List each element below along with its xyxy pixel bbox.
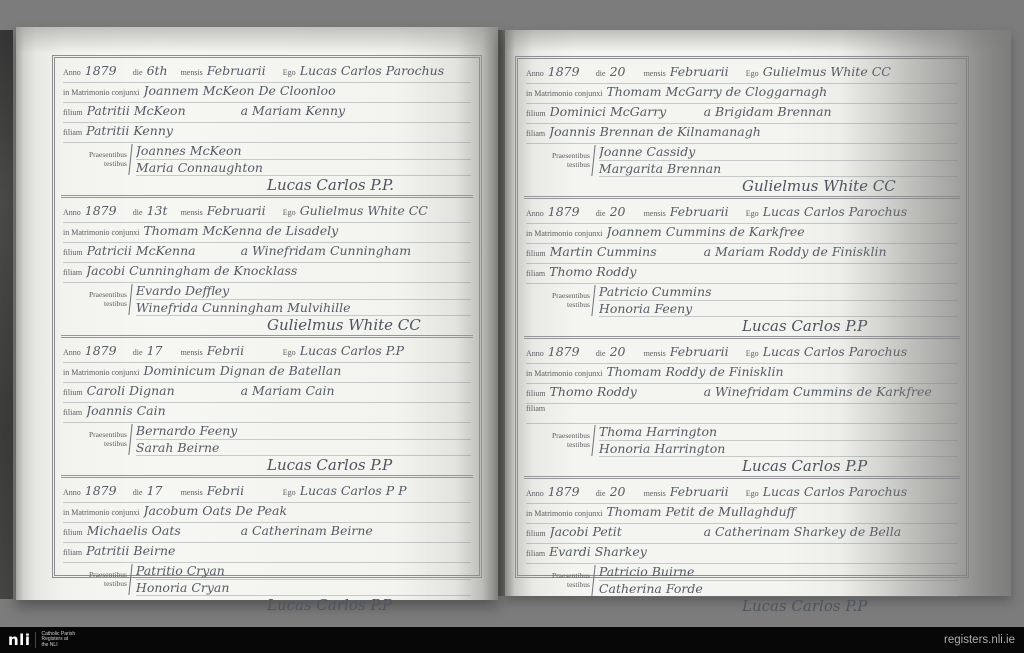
- mensis-value: Februarii: [207, 63, 279, 78]
- witness-2: Honoria Feeny: [599, 301, 958, 318]
- filiam-value: Evardi Sharkey: [549, 544, 958, 559]
- signature-line: Lucas Carlos P.P: [526, 597, 958, 615]
- filium-label: filium: [63, 108, 83, 117]
- priest-signature: Gulielmus White CC: [742, 177, 896, 195]
- filiam-label: filiam: [63, 268, 82, 277]
- witness-2: Honoria Cryan: [136, 580, 471, 597]
- anno-label: Anno: [63, 348, 81, 357]
- priest-signature: Lucas Carlos P.P: [742, 597, 867, 615]
- ego-value: Gulielmus White CC: [763, 64, 958, 79]
- filiam-line: filiam Thomo Roddy: [526, 264, 958, 284]
- witness-2: Honoria Harrington: [599, 441, 958, 458]
- witness-2: Margarita Brennan: [599, 161, 958, 178]
- testibus-label: Praesentibus testibus: [89, 423, 130, 456]
- signature-line: Lucas Carlos P.P: [526, 317, 958, 335]
- die-label: die: [133, 208, 143, 217]
- die-label: die: [133, 68, 143, 77]
- anno-label: Anno: [526, 349, 544, 358]
- anno-value: 1879: [85, 203, 129, 218]
- witness-2: Maria Connaughton: [136, 160, 471, 177]
- filiam-line: filiam Jacobi Cunningham de Knocklass: [63, 263, 471, 283]
- signature-line: Lucas Carlos P.P.: [63, 176, 471, 194]
- conjunxi-line: in Matrimonio conjunxi Jacobum Oats De P…: [63, 503, 471, 523]
- anno-value: 1879: [548, 204, 592, 219]
- testibus-label-2: testibus: [567, 441, 590, 450]
- nli-logo: nli Catholic Parish Registers at the NLI: [0, 632, 75, 649]
- filium-value: Michaelis Oats: [87, 523, 237, 538]
- die-value: 17: [147, 483, 177, 498]
- filiam-value: Thomo Roddy: [549, 264, 958, 279]
- filium-value: Jacobi Petit: [550, 524, 700, 539]
- conjunxi-line: in Matrimonio conjunxi Thomam Roddy de F…: [526, 364, 958, 384]
- conjunxi-line: in Matrimonio conjunxi Joannem Cummins d…: [526, 224, 958, 244]
- date-line: Anno 1879 die 20 mensis Februarii Ego Gu…: [526, 64, 958, 84]
- filium-line: filium Michaelis Oats a Catherinam Beirn…: [63, 523, 471, 543]
- nli-logo-glyph: nli: [8, 633, 30, 648]
- witnesses-block: Praesentibus testibus Joannes McKeon Mar…: [89, 143, 471, 176]
- filium-line: filium Martin Cummins a Mariam Roddy de …: [526, 244, 958, 264]
- ego-label: Ego: [283, 488, 296, 497]
- register-record: Anno 1879 die 20 mensis Februarii Ego Gu…: [524, 59, 960, 196]
- priest-signature: Lucas Carlos P.P.: [267, 176, 394, 194]
- anno-value: 1879: [85, 483, 129, 498]
- filiam-label: filiam: [63, 408, 82, 417]
- register-record: Anno 1879 die 20 mensis Februarii Ego Lu…: [524, 336, 960, 476]
- ego-value: Lucas Carlos Parochus: [300, 63, 471, 78]
- bride-value: a Catherinam Beirne: [241, 523, 471, 538]
- bride-value: a Brigidam Brennan: [704, 104, 958, 119]
- conjunxi-line: in Matrimonio conjunxi Dominicum Dignan …: [63, 363, 471, 383]
- priest-signature: Lucas Carlos P.P: [742, 317, 867, 335]
- die-value: 13t: [147, 203, 177, 218]
- die-value: 20: [610, 344, 640, 359]
- ego-label: Ego: [283, 68, 296, 77]
- filiam-line: filiam Patritii Beirne: [63, 543, 471, 563]
- die-value: 20: [610, 204, 640, 219]
- register-scan: Anno 1879 die 6th mensis Februarii Ego L…: [0, 0, 1024, 653]
- testibus-label: Praesentibus testibus: [552, 564, 593, 597]
- filium-label: filium: [63, 388, 83, 397]
- register-record: Anno 1879 die 20 mensis Februarii Ego Lu…: [524, 196, 960, 336]
- ego-label: Ego: [746, 69, 759, 78]
- filiam-value: Patritii Beirne: [86, 543, 471, 558]
- register-record: Anno 1879 die 13t mensis Februarii Ego G…: [61, 195, 473, 335]
- die-value: 6th: [147, 63, 177, 78]
- conjunxi-value: Thomam McKenna de Lisadely: [143, 223, 471, 238]
- testibus-label-2: testibus: [567, 161, 590, 170]
- witness-1: Patritio Cryan: [136, 563, 471, 580]
- anno-value: 1879: [85, 63, 129, 78]
- die-label: die: [596, 349, 606, 358]
- testibus-label: Praesentibus testibus: [552, 424, 593, 457]
- testibus-label: Praesentibus testibus: [89, 283, 130, 316]
- conjunxi-value: Thomam McGarry de Cloggarnagh: [606, 84, 958, 99]
- conjunxi-label: in Matrimonio conjunxi: [526, 229, 602, 238]
- conjunxi-label: in Matrimonio conjunxi: [63, 368, 139, 377]
- bride-value: a Winefridam Cunningham: [241, 243, 471, 258]
- ego-value: Gulielmus White CC: [300, 203, 471, 218]
- witness-1: Patricio Buirne: [599, 564, 958, 581]
- filiam-line: filiam Patritii Kenny: [63, 123, 471, 143]
- date-line: Anno 1879 die 20 mensis Februarii Ego Lu…: [526, 344, 958, 364]
- conjunxi-label: in Matrimonio conjunxi: [526, 369, 602, 378]
- filium-label: filium: [526, 389, 546, 398]
- ego-value: Lucas Carlos P.P: [300, 343, 471, 358]
- die-value: 20: [610, 64, 640, 79]
- register-record: Anno 1879 die 6th mensis Februarii Ego L…: [61, 58, 473, 195]
- mensis-value: Februarii: [670, 344, 742, 359]
- witness-1: Bernardo Feeny: [136, 423, 471, 440]
- conjunxi-label: in Matrimonio conjunxi: [526, 509, 602, 518]
- anno-label: Anno: [526, 489, 544, 498]
- die-label: die: [133, 488, 143, 497]
- testibus-label: Praesentibus testibus: [89, 563, 130, 596]
- mensis-label: mensis: [644, 69, 666, 78]
- priest-signature: Lucas Carlos P.P: [267, 456, 392, 474]
- witnesses-block: Praesentibus testibus Patritio Cryan Hon…: [89, 563, 471, 596]
- filiam-line: filiam Joannis Brennan de Kilnamanagh: [526, 124, 958, 144]
- date-line: Anno 1879 die 17 mensis Febrii Ego Lucas…: [63, 483, 471, 503]
- priest-signature: Gulielmus White CC: [267, 316, 421, 334]
- testibus-label-2: testibus: [104, 580, 127, 589]
- mensis-label: mensis: [644, 209, 666, 218]
- filium-label: filium: [526, 109, 546, 118]
- anno-value: 1879: [548, 484, 592, 499]
- filium-value: Martin Cummins: [550, 244, 700, 259]
- filiam-value: Jacobi Cunningham de Knocklass: [86, 263, 471, 278]
- book-edge: [0, 30, 13, 599]
- register-record: Anno 1879 die 17 mensis Febrii Ego Lucas…: [61, 475, 473, 615]
- conjunxi-value: Joannem Cummins de Karkfree: [606, 224, 958, 239]
- conjunxi-line: in Matrimonio conjunxi Joannem McKeon De…: [63, 83, 471, 103]
- mensis-value: Februarii: [670, 204, 742, 219]
- die-label: die: [596, 209, 606, 218]
- ego-value: Lucas Carlos P P: [300, 483, 471, 498]
- register-form-right: Anno 1879 die 20 mensis Februarii Ego Gu…: [515, 56, 969, 578]
- filiam-line: filiam Evardi Sharkey: [526, 544, 958, 564]
- conjunxi-value: Thomam Petit de Mullaghduff: [606, 504, 958, 519]
- witness-1: Thoma Harrington: [599, 424, 958, 441]
- priest-signature: Lucas Carlos P.P: [742, 457, 867, 475]
- witness-2: Sarah Beirne: [136, 440, 471, 457]
- signature-line: Gulielmus White CC: [63, 316, 471, 334]
- testibus-label-2: testibus: [567, 301, 590, 310]
- register-form-left: Anno 1879 die 6th mensis Februarii Ego L…: [52, 55, 482, 578]
- filium-value: Thomo Roddy: [550, 384, 700, 399]
- date-line: Anno 1879 die 6th mensis Februarii Ego L…: [63, 63, 471, 83]
- signature-line: Gulielmus White CC: [526, 177, 958, 195]
- testibus-label-2: testibus: [104, 160, 127, 169]
- filiam-label: filiam: [526, 549, 545, 558]
- anno-value: 1879: [85, 343, 129, 358]
- testibus-label-2: testibus: [104, 300, 127, 309]
- mensis-value: Februarii: [670, 484, 742, 499]
- conjunxi-label: in Matrimonio conjunxi: [63, 508, 139, 517]
- witness-2: Winefrida Cunningham Mulvihille: [136, 300, 471, 317]
- ego-label: Ego: [746, 489, 759, 498]
- conjunxi-value: Thomam Roddy de Finisklin: [606, 364, 958, 379]
- bride-value: a Winefridam Cummins de Karkfree: [704, 384, 958, 399]
- filium-line: filium Patritii McKeon a Mariam Kenny: [63, 103, 471, 123]
- conjunxi-line: in Matrimonio conjunxi Thomam McKenna de…: [63, 223, 471, 243]
- mensis-label: mensis: [644, 489, 666, 498]
- filiam-label: filiam: [526, 129, 545, 138]
- nli-caption-line: the NLI: [41, 643, 75, 649]
- nli-logo-caption: Catholic Parish Registers at the NLI: [35, 632, 75, 649]
- ego-label: Ego: [746, 209, 759, 218]
- anno-label: Anno: [63, 208, 81, 217]
- witness-1: Joannes McKeon: [136, 143, 471, 160]
- anno-label: Anno: [63, 488, 81, 497]
- register-record: Anno 1879 die 17 mensis Febrii Ego Lucas…: [61, 335, 473, 475]
- testibus-label: Praesentibus testibus: [552, 284, 593, 317]
- witness-1: Patricio Cummins: [599, 284, 958, 301]
- bride-value: a Mariam Cain: [241, 383, 471, 398]
- witness-1: Joanne Cassidy: [599, 144, 958, 161]
- filium-value: Patritii McKeon: [87, 103, 237, 118]
- filiam-label: filiam: [526, 404, 545, 413]
- mensis-label: mensis: [181, 208, 203, 217]
- mensis-value: Februarii: [670, 64, 742, 79]
- filium-line: filium Thomo Roddy a Winefridam Cummins …: [526, 384, 958, 404]
- ego-label: Ego: [283, 208, 296, 217]
- die-label: die: [596, 69, 606, 78]
- bride-value: a Mariam Kenny: [241, 103, 471, 118]
- die-value: 17: [147, 343, 177, 358]
- date-line: Anno 1879 die 20 mensis Februarii Ego Lu…: [526, 484, 958, 504]
- anno-value: 1879: [548, 64, 592, 79]
- bride-value: a Mariam Roddy de Finisklin: [704, 244, 958, 259]
- mensis-label: mensis: [181, 488, 203, 497]
- anno-label: Anno: [63, 68, 81, 77]
- filiam-label: filiam: [63, 128, 82, 137]
- filium-label: filium: [63, 248, 83, 257]
- filium-line: filium Patricii McKenna a Winefridam Cun…: [63, 243, 471, 263]
- testibus-label-2: testibus: [567, 581, 590, 590]
- conjunxi-value: Joannem McKeon De Cloonloo: [143, 83, 471, 98]
- bride-value: a Catherinam Sharkey de Bella: [704, 524, 958, 539]
- witnesses-block: Praesentibus testibus Evardo Deffley Win…: [89, 283, 471, 316]
- die-label: die: [133, 348, 143, 357]
- right-page: Anno 1879 die 20 mensis Februarii Ego Gu…: [505, 30, 1011, 596]
- date-line: Anno 1879 die 20 mensis Februarii Ego Lu…: [526, 204, 958, 224]
- conjunxi-label: in Matrimonio conjunxi: [63, 88, 139, 97]
- signature-line: Lucas Carlos P.P: [63, 456, 471, 474]
- ego-value: Lucas Carlos Parochus: [763, 484, 958, 499]
- date-line: Anno 1879 die 13t mensis Februarii Ego G…: [63, 203, 471, 223]
- witnesses-block: Praesentibus testibus Joanne Cassidy Mar…: [552, 144, 958, 177]
- filiam-value: Patritii Kenny: [86, 123, 471, 138]
- filium-label: filium: [526, 529, 546, 538]
- filium-label: filium: [63, 528, 83, 537]
- filiam-label: filiam: [526, 269, 545, 278]
- conjunxi-line: in Matrimonio conjunxi Thomam McGarry de…: [526, 84, 958, 104]
- mensis-label: mensis: [644, 349, 666, 358]
- watermark-bar: nli Catholic Parish Registers at the NLI…: [0, 627, 1024, 653]
- filiam-value: Joannis Cain: [86, 403, 471, 418]
- conjunxi-line: in Matrimonio conjunxi Thomam Petit de M…: [526, 504, 958, 524]
- die-label: die: [596, 489, 606, 498]
- priest-signature: Lucas Carlos P.P: [267, 596, 392, 614]
- signature-line: Lucas Carlos P.P: [526, 457, 958, 475]
- ego-label: Ego: [283, 348, 296, 357]
- filium-label: filium: [526, 249, 546, 258]
- site-watermark: registers.nli.ie: [944, 634, 1024, 646]
- testibus-label: Praesentibus testibus: [552, 144, 593, 177]
- filium-value: Patricii McKenna: [87, 243, 237, 258]
- filium-value: Dominici McGarry: [550, 104, 700, 119]
- mensis-label: mensis: [181, 348, 203, 357]
- mensis-label: mensis: [181, 68, 203, 77]
- testibus-label: Praesentibus testibus: [89, 143, 130, 176]
- witness-2: Catherina Forde: [599, 581, 958, 598]
- register-record: Anno 1879 die 20 mensis Februarii Ego Lu…: [524, 476, 960, 616]
- witnesses-block: Praesentibus testibus Patricio Cummins H…: [552, 284, 958, 317]
- die-value: 20: [610, 484, 640, 499]
- mensis-value: Febrii: [207, 343, 279, 358]
- left-page: Anno 1879 die 6th mensis Februarii Ego L…: [16, 27, 498, 600]
- filium-line: filium Caroli Dignan a Mariam Cain: [63, 383, 471, 403]
- witnesses-block: Praesentibus testibus Patricio Buirne Ca…: [552, 564, 958, 597]
- signature-line: Lucas Carlos P.P: [63, 596, 471, 614]
- witnesses-block: Praesentibus testibus Thoma Harrington H…: [552, 424, 958, 457]
- filiam-label: filiam: [63, 548, 82, 557]
- filium-value: Caroli Dignan: [87, 383, 237, 398]
- date-line: Anno 1879 die 17 mensis Febrii Ego Lucas…: [63, 343, 471, 363]
- filiam-line: filiam Joannis Cain: [63, 403, 471, 423]
- anno-value: 1879: [548, 344, 592, 359]
- ego-label: Ego: [746, 349, 759, 358]
- filium-line: filium Dominici McGarry a Brigidam Brenn…: [526, 104, 958, 124]
- conjunxi-label: in Matrimonio conjunxi: [63, 228, 139, 237]
- witnesses-block: Praesentibus testibus Bernardo Feeny Sar…: [89, 423, 471, 456]
- witness-1: Evardo Deffley: [136, 283, 471, 300]
- filiam-line: filiam: [526, 404, 958, 424]
- ego-value: Lucas Carlos Parochus: [763, 344, 958, 359]
- testibus-label-2: testibus: [104, 440, 127, 449]
- mensis-value: Februarii: [207, 203, 279, 218]
- conjunxi-value: Dominicum Dignan de Batellan: [143, 363, 471, 378]
- ego-value: Lucas Carlos Parochus: [763, 204, 958, 219]
- conjunxi-label: in Matrimonio conjunxi: [526, 89, 602, 98]
- anno-label: Anno: [526, 69, 544, 78]
- mensis-value: Febrii: [207, 483, 279, 498]
- conjunxi-value: Jacobum Oats De Peak: [143, 503, 471, 518]
- anno-label: Anno: [526, 209, 544, 218]
- filiam-value: Joannis Brennan de Kilnamanagh: [549, 124, 958, 139]
- filium-line: filium Jacobi Petit a Catherinam Sharkey…: [526, 524, 958, 544]
